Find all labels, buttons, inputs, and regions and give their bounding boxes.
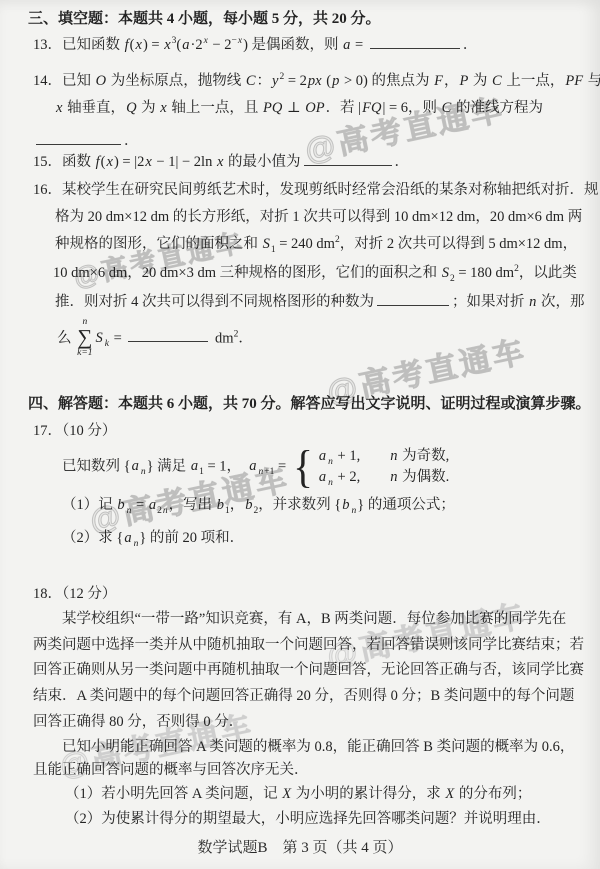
question-17-formula: 已知数列 {an} 满足 a1 = 1， an+1 = {an + 1, n 为… [62,446,449,488]
question-14-line-1: 14．已知 O 为坐标原点，抛物线 C：y2 = 2px (p > 0) 的焦点… [33,70,600,92]
question-15: 15．函数 f(x) = |2x − 1| − 2ln x 的最小值为． [33,151,409,173]
question-18-part-1: （1）若小明先回答 A 类问题，记 X 为小明的累计得分，求 X 的分布列； [65,783,531,805]
question-18-part-2: （2）为使累计得分的期望最大，小明应选择先回答哪类问题？并说明理由． [65,808,551,830]
question-18-para-7: 且能正确回答问题的概率与回答次序无关． [33,759,309,781]
exam-page: @高考直通车 @高考直通车 @高考直通车 @高考直通车 @高考直通车 @高考直通… [0,0,600,869]
question-18-para-5: 回答正确得 80 分，否则得 0 分． [33,711,243,733]
question-16-sum-line: 么 n∑k=1Sk = dm2． [57,318,253,360]
answer-section-heading: 四、解答题：本题共 6 小题，共 70 分。解答应写出文字说明、证明过程或演算步… [28,393,591,415]
page-footer: 数学试题B 第 3 页（共 4 页） [0,836,600,857]
question-18-para-1: 某学校组织“一带一路”知识竞赛，有 A，B 两类问题．每位参加比赛的同学先在 [62,608,566,630]
question-17-number: 17．（10 分） [33,420,116,442]
question-18-para-3: 回答正确则从另一类问题中再随机抽取一个问题回答，无论回答正确与否，该同学比赛 [33,659,584,681]
question-18-para-6: 已知小明能正确回答 A 类问题的概率为 0.8，能正确回答 B 类问题的概率为 … [62,736,574,758]
question-18-para-4: 结束．A 类问题中的每个问题回答正确得 20 分，否则得 0 分；B 类问题中的… [33,685,574,707]
question-16-line-1: 16．某校学生在研究民间剪纸艺术时，发现剪纸时经常会沿纸的某条对称轴把纸对折．规 [33,179,599,201]
question-16-line-5: 推．则对折 4 次共可以得到不同规格图形的种数为；如果对折 n 次，那 [55,291,585,313]
question-17-part-1: （1）记 bn = a2n，写出 b1，b2，并求数列 {bn} 的通项公式； [62,494,455,516]
question-14-answer-blank-line: ． [33,130,139,152]
question-16-line-4: 10 dm×6 dm，20 dm×3 dm 三种规格的图形，它们的面积之和 S2… [53,262,577,284]
question-17-part-2: （2）求 {an} 的前 20 项和． [62,527,244,549]
question-13: 13．已知函数 f(x) = x3(a·2x − 2−x) 是偶函数，则 a =… [33,34,477,56]
question-16-line-3: 种规格的图形，它们的面积之和 S1 = 240 dm2，对折 2 次共可以得到 … [55,233,577,255]
question-18-number: 18．（12 分） [33,583,116,605]
question-14-line-2: x 轴垂直，Q 为 x 轴上一点，且 PQ ⊥ OP．若 |FQ| = 6，则 … [55,97,543,119]
question-16-line-2: 格为 20 dm×12 dm 的长方形纸，对折 1 次共可以得到 10 dm×1… [55,206,582,228]
fill-in-section-heading: 三、填空题：本题共 4 小题，每小题 5 分，共 20 分。 [28,8,381,30]
question-18-para-2: 两类问题中选择一类并从中随机抽取一个问题回答，若回答错误则该同学比赛结束；若 [33,634,584,656]
